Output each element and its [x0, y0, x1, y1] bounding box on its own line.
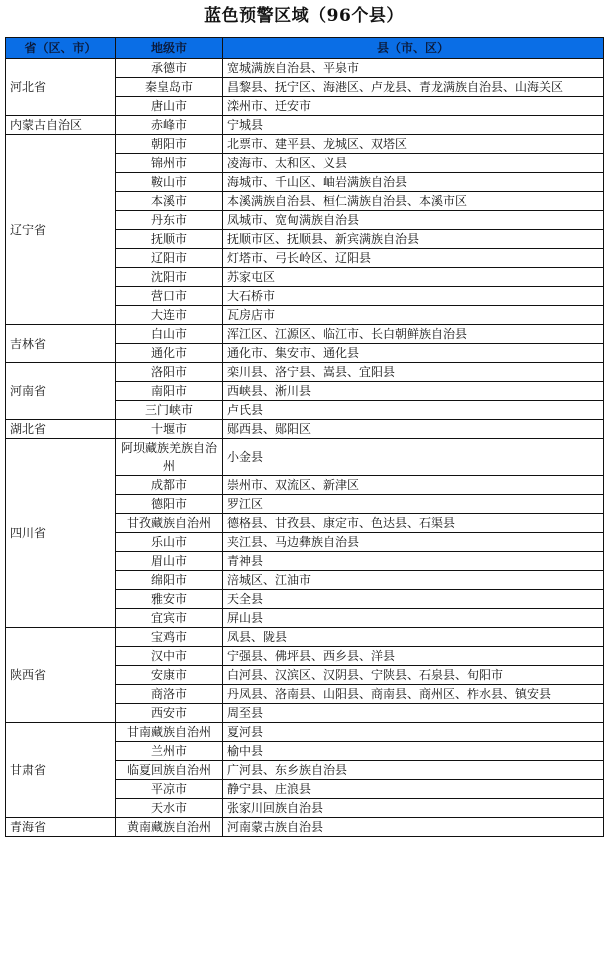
city-cell: 宜宾市: [116, 609, 223, 628]
city-cell: 兰州市: [116, 742, 223, 761]
county-cell: 通化市、集安市、通化县: [223, 344, 604, 363]
city-cell: 阿坝藏族羌族自治州: [116, 439, 223, 476]
page-title: 蓝色预警区域（96个县）: [0, 4, 608, 28]
city-cell: 绵阳市: [116, 571, 223, 590]
header-city: 地级市: [116, 38, 223, 59]
county-cell: 本溪满族自治县、桓仁满族自治县、本溪市区: [223, 192, 604, 211]
county-cell: 屏山县: [223, 609, 604, 628]
table-row: 四川省阿坝藏族羌族自治州小金县: [6, 439, 604, 476]
province-cell: 青海省: [6, 818, 116, 837]
header-county: 县（市、区）: [223, 38, 604, 59]
county-cell: 崇州市、双流区、新津区: [223, 476, 604, 495]
table-header-row: 省（区、市） 地级市 县（市、区）: [6, 38, 604, 59]
city-cell: 朝阳市: [116, 135, 223, 154]
province-cell: 河北省: [6, 59, 116, 116]
county-cell: 大石桥市: [223, 287, 604, 306]
city-cell: 三门峡市: [116, 401, 223, 420]
header-province: 省（区、市）: [6, 38, 116, 59]
county-cell: 抚顺市区、抚顺县、新宾满族自治县: [223, 230, 604, 249]
county-cell: 小金县: [223, 439, 604, 476]
province-cell: 辽宁省: [6, 135, 116, 325]
table-row: 陕西省宝鸡市凤县、陇县: [6, 628, 604, 647]
city-cell: 临夏回族自治州: [116, 761, 223, 780]
city-cell: 眉山市: [116, 552, 223, 571]
county-cell: 宽城满族自治县、平泉市: [223, 59, 604, 78]
city-cell: 沈阳市: [116, 268, 223, 287]
province-cell: 河南省: [6, 363, 116, 420]
city-cell: 成都市: [116, 476, 223, 495]
city-cell: 黄南藏族自治州: [116, 818, 223, 837]
city-cell: 营口市: [116, 287, 223, 306]
county-cell: 河南蒙古族自治县: [223, 818, 604, 837]
city-cell: 洛阳市: [116, 363, 223, 382]
county-cell: 瓦房店市: [223, 306, 604, 325]
county-cell: 周至县: [223, 704, 604, 723]
county-cell: 青神县: [223, 552, 604, 571]
province-cell: 内蒙古自治区: [6, 116, 116, 135]
county-cell: 张家川回族自治县: [223, 799, 604, 818]
county-cell: 白河县、汉滨区、汉阴县、宁陕县、石泉县、旬阳市: [223, 666, 604, 685]
warning-regions-table: 省（区、市） 地级市 县（市、区） 河北省承德市宽城满族自治县、平泉市秦皇岛市昌…: [5, 37, 604, 837]
city-cell: 商洛市: [116, 685, 223, 704]
table-row: 湖北省十堰市郧西县、郧阳区: [6, 420, 604, 439]
county-cell: 宁强县、佛坪县、西乡县、洋县: [223, 647, 604, 666]
table-row: 河南省洛阳市栾川县、洛宁县、嵩县、宜阳县: [6, 363, 604, 382]
county-cell: 夏河县: [223, 723, 604, 742]
county-cell: 静宁县、庄浪县: [223, 780, 604, 799]
city-cell: 十堰市: [116, 420, 223, 439]
county-cell: 凌海市、太和区、义县: [223, 154, 604, 173]
province-cell: 湖北省: [6, 420, 116, 439]
city-cell: 宝鸡市: [116, 628, 223, 647]
county-cell: 海城市、千山区、岫岩满族自治县: [223, 173, 604, 192]
table-row: 河北省承德市宽城满族自治县、平泉市: [6, 59, 604, 78]
province-cell: 四川省: [6, 439, 116, 628]
city-cell: 秦皇岛市: [116, 78, 223, 97]
city-cell: 抚顺市: [116, 230, 223, 249]
province-cell: 甘肃省: [6, 723, 116, 818]
county-cell: 栾川县、洛宁县、嵩县、宜阳县: [223, 363, 604, 382]
county-cell: 榆中县: [223, 742, 604, 761]
city-cell: 丹东市: [116, 211, 223, 230]
city-cell: 雅安市: [116, 590, 223, 609]
city-cell: 平凉市: [116, 780, 223, 799]
county-cell: 昌黎县、抚宁区、海港区、卢龙县、青龙满族自治县、山海关区: [223, 78, 604, 97]
city-cell: 白山市: [116, 325, 223, 344]
city-cell: 大连市: [116, 306, 223, 325]
city-cell: 锦州市: [116, 154, 223, 173]
city-cell: 唐山市: [116, 97, 223, 116]
county-cell: 滦州市、迁安市: [223, 97, 604, 116]
county-cell: 丹凤县、洛南县、山阳县、商南县、商州区、柞水县、镇安县: [223, 685, 604, 704]
province-cell: 陕西省: [6, 628, 116, 723]
city-cell: 天水市: [116, 799, 223, 818]
county-cell: 浑江区、江源区、临江市、长白朝鲜族自治县: [223, 325, 604, 344]
county-cell: 卢氏县: [223, 401, 604, 420]
city-cell: 南阳市: [116, 382, 223, 401]
city-cell: 安康市: [116, 666, 223, 685]
county-cell: 德格县、甘孜县、康定市、色达县、石渠县: [223, 514, 604, 533]
table-row: 青海省黄南藏族自治州河南蒙古族自治县: [6, 818, 604, 837]
table-row: 吉林省白山市浑江区、江源区、临江市、长白朝鲜族自治县: [6, 325, 604, 344]
city-cell: 汉中市: [116, 647, 223, 666]
county-cell: 天全县: [223, 590, 604, 609]
county-cell: 涪城区、江油市: [223, 571, 604, 590]
county-cell: 广河县、东乡族自治县: [223, 761, 604, 780]
county-cell: 灯塔市、弓长岭区、辽阳县: [223, 249, 604, 268]
city-cell: 甘孜藏族自治州: [116, 514, 223, 533]
city-cell: 德阳市: [116, 495, 223, 514]
county-cell: 凤县、陇县: [223, 628, 604, 647]
table-body: 河北省承德市宽城满族自治县、平泉市秦皇岛市昌黎县、抚宁区、海港区、卢龙县、青龙满…: [6, 59, 604, 837]
city-cell: 赤峰市: [116, 116, 223, 135]
county-cell: 西峡县、淅川县: [223, 382, 604, 401]
city-cell: 乐山市: [116, 533, 223, 552]
city-cell: 承德市: [116, 59, 223, 78]
city-cell: 甘南藏族自治州: [116, 723, 223, 742]
county-cell: 罗江区: [223, 495, 604, 514]
county-cell: 郧西县、郧阳区: [223, 420, 604, 439]
city-cell: 本溪市: [116, 192, 223, 211]
province-cell: 吉林省: [6, 325, 116, 363]
county-cell: 凤城市、宽甸满族自治县: [223, 211, 604, 230]
county-cell: 夹江县、马边彝族自治县: [223, 533, 604, 552]
table-row: 辽宁省朝阳市北票市、建平县、龙城区、双塔区: [6, 135, 604, 154]
table-row: 内蒙古自治区赤峰市宁城县: [6, 116, 604, 135]
city-cell: 西安市: [116, 704, 223, 723]
city-cell: 通化市: [116, 344, 223, 363]
county-cell: 苏家屯区: [223, 268, 604, 287]
table-row: 甘肃省甘南藏族自治州夏河县: [6, 723, 604, 742]
city-cell: 鞍山市: [116, 173, 223, 192]
city-cell: 辽阳市: [116, 249, 223, 268]
county-cell: 北票市、建平县、龙城区、双塔区: [223, 135, 604, 154]
county-cell: 宁城县: [223, 116, 604, 135]
